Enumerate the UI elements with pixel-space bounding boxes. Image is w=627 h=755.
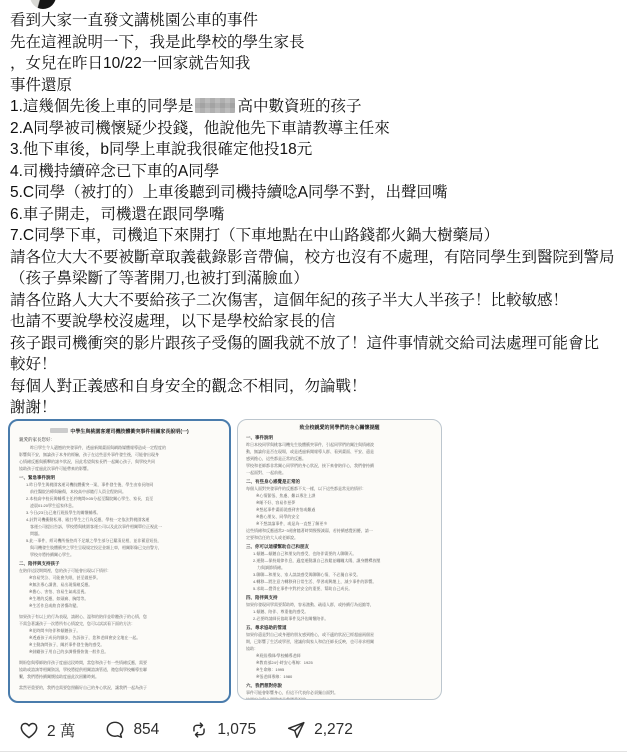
- censored-blur: [50, 428, 68, 433]
- doc-text-line: 當然更重要的，我們也需要您照顧好自己的身心狀況，讓我們一起為孩子: [19, 684, 220, 691]
- doc-section-heading: 一、緊急事件說明: [19, 474, 220, 481]
- post-line: 6.車子開走，司機還在跟同學嘴: [10, 204, 624, 226]
- post-line: 7.C同學下車，司機追下來開打（下車地點在中山路錢都火鍋大樹藥局）: [10, 225, 624, 247]
- doc-section-heading: 五、尋求協助的管道: [246, 624, 433, 631]
- doc-text-line: ※睡不好、容易作惡夢: [246, 499, 433, 506]
- doc-text-line: 昨日本校同學與桃客司機先生肢體衝突事件，引起同學們的關注與情緒波: [246, 441, 433, 448]
- post-screen: 看到大家一直發文講桃園公車的事件先在這裡說明一下，我是此學校的學生家長，女兒在昨…: [0, 0, 627, 755]
- doc-section-heading: 一、事件說明: [246, 434, 433, 441]
- doc-text-line: 1.昨日學生與桃園客運司機肢體衝突一案，事件發生後，學生由家長陪同: [19, 481, 220, 488]
- post-line: 先在這裡說明一下，我是此學校的學生家長: [10, 32, 624, 54]
- doc-text-line: 期盼您與導師陪伴孩子度過這段時間，當您和孩子有一些情緒反應，需要: [19, 659, 220, 666]
- doc-section-heading: 二、有些身心感覺是正常的: [246, 478, 433, 485]
- doc-text-line: 這些情緒和反應通常2~3週會隨著時間慢慢減弱，若持續感覺困擾，請一: [246, 527, 433, 534]
- doc-text-line: ※生活作息或飲食習慣改變。: [19, 602, 220, 609]
- doc-text-line: 2.必要時請師長協助事件及評估關懷陪伴。: [246, 615, 433, 622]
- doc-text-line: 在陪伴這段期間裡，您的孩子可能會出現以下情形：: [19, 567, 220, 574]
- doc-text-line: 1.傾聽、陪伴、尊重他的感受。: [246, 608, 433, 615]
- doc-text-line: ※花時間多陪伴和傾聽孩子。: [19, 627, 220, 634]
- post-line: 謝謝！: [10, 397, 624, 419]
- repost-count: 1,075: [217, 721, 256, 739]
- doc-section-heading: 六、我們想對你說: [246, 682, 433, 689]
- post-line: 孩子跟司機衝突的影片跟孩子受傷的圖我就不放了！這件事情就交給司法處理可能會比: [10, 333, 624, 355]
- doc-text-line: ※擔心、害怕、容易生氣或沮喪。: [19, 588, 220, 595]
- repost-icon: [188, 719, 210, 741]
- doc-text-line: 力與調節情緒。: [246, 564, 433, 571]
- post-text: 看到大家一直發文講桃園公車的事件先在這裡說明一下，我是此學校的學生家長，女兒在昨…: [10, 10, 624, 419]
- doc-text-line: 2.本校高中校長與輔導主任於晚間9:05分起至醫院關心學生、家長，直至: [19, 495, 220, 502]
- doc-section-heading: 四、陪伴與支持: [246, 594, 433, 601]
- doc-text-line: 事件可能會影響身心，但這不代表你必須獨自面對。: [246, 689, 433, 696]
- doc-text-line: ※透過孩子成長的腳步，告訴孩子，您和老師會安全地在一起。: [19, 634, 220, 641]
- doc-text-line: 與司機發生肢體衝突之學生呈現規定投足金額上車，相關影像已交由警方，: [19, 544, 220, 551]
- doc-text-line: 動，無論你是否在現場，或是透過新聞報導人群、看到畫面、平安、還是: [246, 448, 433, 455]
- doc-text-line: 2.運動—保持規律作息，適度運動讓自己放鬆並曬曬太陽，讓身體釋放壓: [246, 557, 433, 564]
- post-line: 較好！: [10, 354, 624, 376]
- like-count: 2 萬: [47, 719, 75, 741]
- post-line: 也請不要說學校沒處理，以下是學校給家長的信: [10, 311, 624, 333]
- doc-text-line: ※擔心朋友、同學的安全: [246, 513, 433, 520]
- share-icon: [285, 719, 307, 741]
- doc-text-line: 1.傾聽—傾聽自己和朋友的感受，也陪伴需要的人聊聊天。: [246, 550, 433, 557]
- doc-text-line: 前往醫院治療與驗傷，本校高中部隨行人員全程陪同。: [19, 488, 220, 495]
- doc-title: 中學生與桃園客運司機肢體衝突事件相關家長說明(一): [19, 428, 220, 436]
- doc-text-line: 問題。: [19, 530, 220, 537]
- doc-text-line: 協助：: [246, 645, 433, 652]
- doc-text-line: ※主動詢問孩子，關於事件發生後的感受。: [19, 641, 220, 648]
- doc-text-line: 協助孩子度過此次事件可能帶來的影響。: [19, 465, 220, 472]
- document-image-left[interactable]: 中學生與桃園客運司機肢體衝突事件相關家長說明(一)親愛的家長您好： 昨日學生令人…: [8, 419, 231, 703]
- post-line: 事件還原: [10, 75, 624, 97]
- doc-text-line: 心情緒反應與衝擊的諸多狀況，因此希望與家長們一起關心孩子，與學校共同: [19, 458, 220, 465]
- doc-section-heading: 三、你可以這樣幫助自己和朋友: [246, 543, 433, 550]
- post-line: ，女兒在昨日10/22一回家就告知我: [10, 53, 624, 75]
- repost-button[interactable]: 1,075: [188, 719, 256, 741]
- post-line: 每個人對正義感和自身安全的觀念不相同，勿論戰！: [10, 376, 624, 398]
- engagement-bar: 2 萬 854 1,075 2,272: [18, 714, 353, 746]
- comment-button[interactable]: 854: [104, 719, 159, 741]
- doc-text-line: ※班級導師/學校輔導老師: [246, 652, 433, 659]
- doc-text-line: ※無法專心讀書，易出現情緒反應。: [19, 581, 220, 588]
- post-line: 2.A同學被司機懷疑少投錢，他說他先下車請教導主任來: [10, 118, 624, 140]
- doc-text-line: 學校亦將持續關心學生。: [19, 551, 220, 558]
- post-line: 請各位大大不要被斷章取義截錄影音帶偏，校方也沒有不處理，有陪同學生到醫院到警局: [10, 247, 624, 269]
- comment-icon: [104, 719, 126, 741]
- doc-text-line: ※教育部24小時安心專線：1925: [246, 659, 433, 666]
- post-line: 5.C同學（被打的）上車後聽到司機持續唸A同學不對，出聲回嘴: [10, 182, 624, 204]
- doc-text-line: 如果孩子有以上的行為表現，請耐心、溫和的陪伴並聆聽孩子的心情，您: [19, 613, 220, 620]
- doc-text-line: 校園安全與心理健康是我們重視的。: [246, 696, 433, 700]
- doc-text-line: 客運公司提出告訴，學校將與桃園客運公司以及此次事件相關單位正視此一: [19, 523, 220, 530]
- doc-text-line: 感到擔心，這些都是正常的反應。: [246, 455, 433, 462]
- doc-text-line: 5.求助—覺得在事件中對於安全的重要，幫助自己成長。: [246, 585, 433, 592]
- doc-text-line: 5.此一事件，經司機所指控尚不足額之學生部分已釐清見相，並非蓄意短投，: [19, 537, 220, 544]
- doc-text-line: 如果你發現同學需要幫助時，容易激動、疏遠人群，或持續行為退縮等，: [246, 601, 433, 608]
- doc-text-line: 3.今日(23日)已進行班級學生的關懷輔導。: [19, 509, 220, 516]
- censored-blur: [195, 98, 235, 113]
- doc-text-line: 3.聊聊—和朋友、家人談談感受與聊聊心情，不必獨自承受。: [246, 571, 433, 578]
- doc-text-line: ※生理的反應，如頭痛、胸悶等。: [19, 595, 220, 602]
- share-button[interactable]: 2,272: [285, 719, 353, 741]
- doc-text-line: 繫，我們將持續關懷協助度過此次困難時刻。: [19, 673, 220, 680]
- doc-title: 致全校親愛的同學們的身心關懷提醒: [246, 424, 433, 432]
- doc-text-line: 期，已影響了生活或學習，建議你與家人和信任師長反映，也可尋求相關: [246, 638, 433, 645]
- post-line: 4.司機持續碎念已下車的A同學: [10, 161, 624, 183]
- doc-text-line: 昨日學生令人遺憾的突發事件，透過新聞畫面與網路媒體報導造成一定程度的: [19, 444, 220, 451]
- doc-text-line: 不需急著讓孩子一次將所有心情說完，您可以試試看下面的方法：: [19, 620, 220, 627]
- doc-text-line: 學校和老師都非常關心同學們的身心狀況，接下來會陪伴心，我們會持續: [246, 462, 433, 469]
- doc-text-line: ※想起事件畫面就感到害怕或難過: [246, 506, 433, 513]
- doc-salutation: 親愛的家長您好：: [19, 436, 220, 444]
- doc-text-line: ※張老師專線：1980: [246, 673, 433, 680]
- post-line: 1.這幾個先後上車的同學是高中數資班的孩子: [10, 96, 624, 118]
- doc-text-line: 凌晨01:20學生返家休息。: [19, 502, 220, 509]
- doc-text-line: 影響與不安，無論孩子本身的經驗，孩子在這些意外事件發生後，可能會出現身: [19, 451, 220, 458]
- share-count: 2,272: [314, 721, 353, 739]
- post-line: 3.他下車後，b同學上車說我很確定他投18元: [10, 139, 624, 161]
- doc-text-line: 4.針對司機衝動私刑、毆打學生之行為反應，學校一定依法對桃園客運: [19, 516, 220, 523]
- post-line: 看到大家一直發文講桃園公車的事件: [10, 10, 624, 32]
- like-button[interactable]: 2 萬: [18, 719, 75, 741]
- doc-section-heading: 二、陪伴與支持孩子: [19, 560, 220, 567]
- heart-icon: [18, 719, 40, 741]
- doc-text-line: ※生命線：1995: [246, 666, 433, 673]
- comment-count: 854: [133, 721, 159, 739]
- doc-text-line: ※不想談論事件，或是為一直想了解更多: [246, 520, 433, 527]
- post-line: （孩子鼻梁斷了等著開刀,也被打到滿臉血）: [10, 268, 624, 290]
- bottom-divider: [0, 751, 627, 752]
- post-line: 請各位路人大大不要給孩子二次傷害，這個年紀的孩子半大人半孩子！比較敏感！: [10, 290, 624, 312]
- doc-text-line: ※心情緊張、焦慮、難以專注上課: [246, 492, 433, 499]
- doc-text-line: 協助或諮詢等相關資訊，學校將提供相關諮詢管道，邀您與學校輔導室聯: [19, 666, 220, 673]
- doc-text-line: 每個人面對突發事件的反應都不太一樣，以下這些都是常見的情形：: [246, 485, 433, 492]
- doc-text-line: ※鼓勵孩子用自己的步調慢慢恢復一般作息。: [19, 648, 220, 655]
- avatar[interactable]: [30, 0, 56, 9]
- doc-text-line: 一起面對、一起前進。: [246, 469, 433, 476]
- doc-text-line: 如果你還是對自己或身邊的朋友感到擔心，或不適的狀況已經超過兩個星: [246, 631, 433, 638]
- document-image-right[interactable]: 致全校親愛的同學們的身心關懷提醒一、事件說明昨日本校同學與桃客司機先生肢體衝突事…: [237, 419, 442, 700]
- doc-text-line: 定要和信任的大人或老師說。: [246, 534, 433, 541]
- doc-text-line: 4.轉移—將注意力轉移到日常生活、學習或興趣上，減少事件的影響。: [246, 578, 433, 585]
- doc-text-line: ※容易哭泣、可能會失眠，甚至做惡夢。: [19, 574, 220, 581]
